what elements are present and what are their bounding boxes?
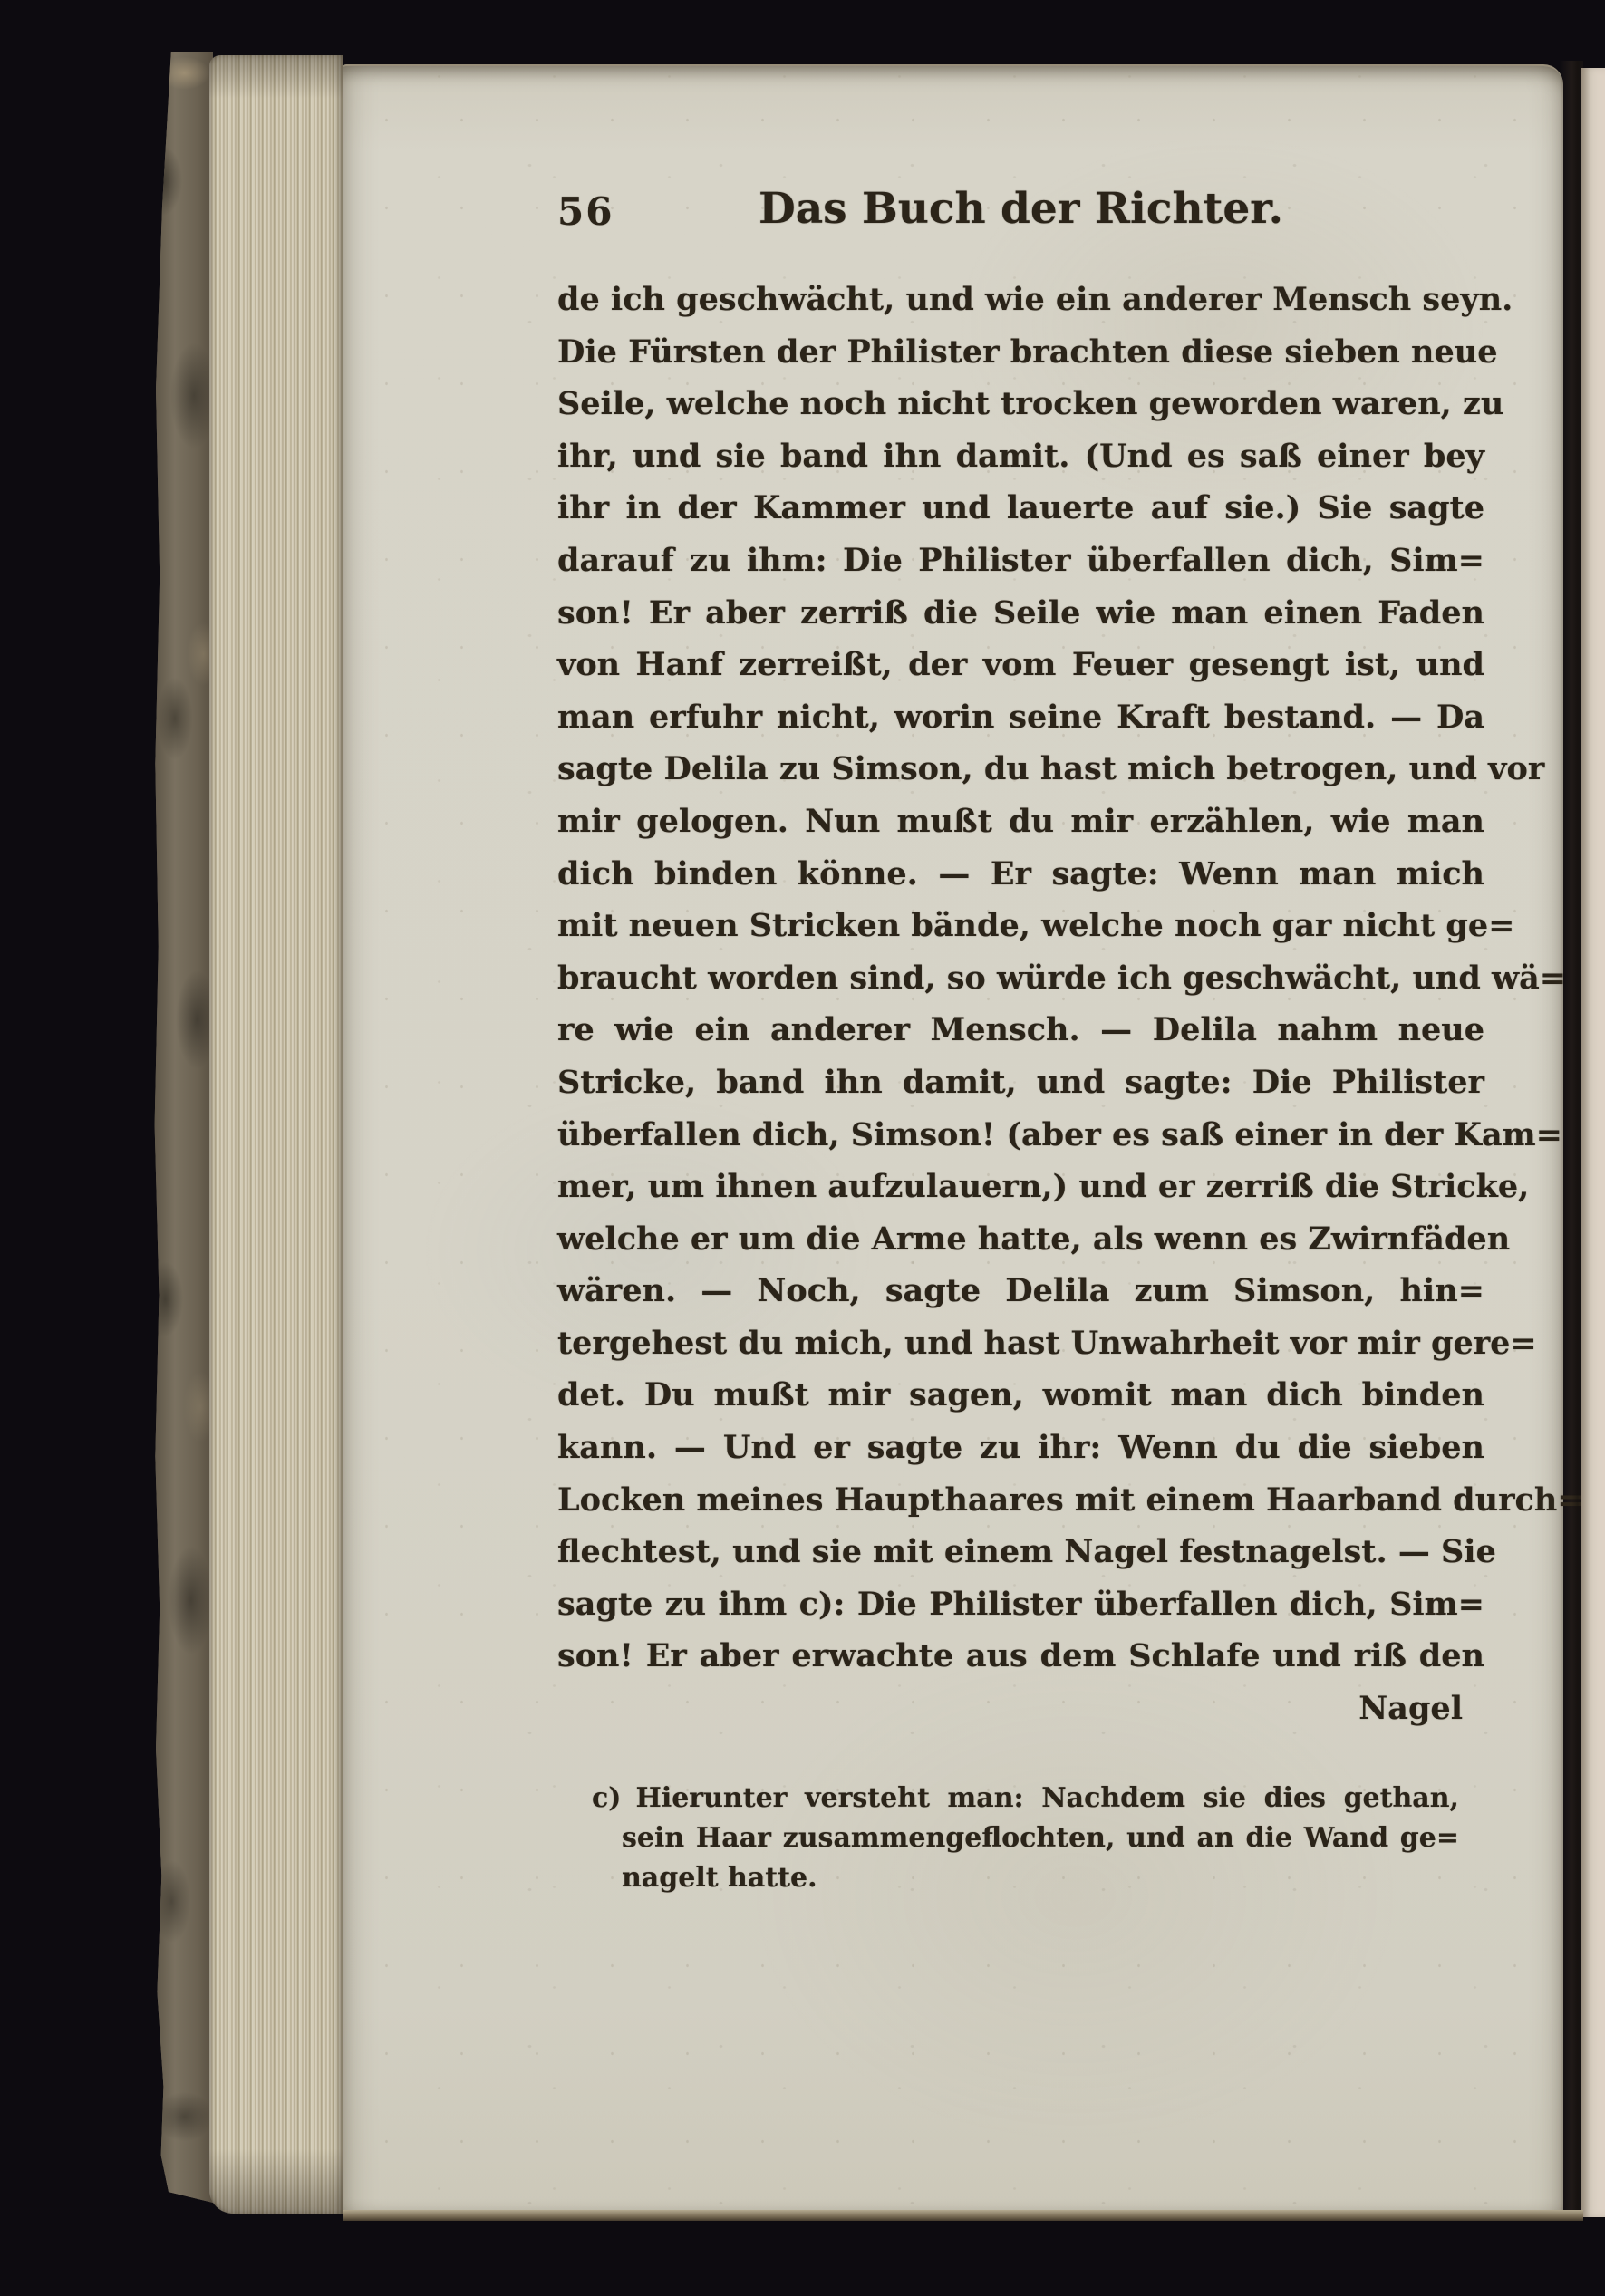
book: 56 Das Buch der Richter. de ich geschwäc… (150, 52, 1605, 2223)
footnote-line: sein Haar zusammengeflochten, und an die… (592, 1818, 1459, 1858)
body-line: man erfuhr nicht, worin seine Kraft best… (557, 691, 1484, 744)
adjacent-page-edge (1581, 68, 1605, 2217)
body-line: tergehest du mich, und hast Unwahrheit v… (557, 1317, 1484, 1370)
body-line: kann. — Und er sagte zu ihr: Wenn du die… (557, 1422, 1484, 1474)
footnote: c)Hierunter versteht man: Nachdem sie di… (592, 1779, 1459, 1898)
body-line: re wie ein anderer Mensch. — Delila nahm… (557, 1004, 1484, 1056)
body-line: mer, um ihnen aufzulauern,) und er zerri… (557, 1161, 1484, 1213)
body-line: ihr in der Kammer und lauerte auf sie.) … (557, 482, 1484, 535)
body-line: flechtest, und sie mit einem Nagel festn… (557, 1526, 1484, 1578)
catchword: Nagel (557, 1683, 1484, 1735)
footnote-line: c)Hierunter versteht man: Nachdem sie di… (592, 1779, 1459, 1818)
bottom-page-edges (343, 2210, 1583, 2221)
body-line: Locken meines Haupthaares mit einem Haar… (557, 1474, 1484, 1527)
body-line: Stricke, band ihn damit, und sagte: Die … (557, 1056, 1484, 1109)
body-line: sagte zu ihm c): Die Philister überfalle… (557, 1578, 1484, 1631)
page-edge-stack (209, 55, 343, 2214)
book-page: 56 Das Buch der Richter. de ich geschwäc… (343, 64, 1563, 2219)
body-line: de ich geschwächt, und wie ein anderer M… (557, 274, 1484, 326)
page-fold-shadow (1560, 61, 1583, 2217)
page-header: 56 Das Buch der Richter. (557, 184, 1484, 247)
body-line: welche er um die Arme hatte, als wenn es… (557, 1213, 1484, 1266)
body-line: ihr, und sie band ihn damit. (Und es saß… (557, 430, 1484, 483)
body-line: von Hanf zerreißt, der vom Feuer gesengt… (557, 639, 1484, 691)
body-line: sagte Delila zu Simson, du hast mich bet… (557, 743, 1484, 796)
body-line: det. Du mußt mir sagen, womit man dich b… (557, 1369, 1484, 1422)
footnote-marker: c) (592, 1782, 621, 1814)
body-text: de ich geschwächt, und wie ein anderer M… (557, 274, 1484, 1735)
body-line: son! Er aber erwachte aus dem Schlafe un… (557, 1630, 1484, 1683)
footnote-line: nagelt hatte. (592, 1858, 1459, 1898)
body-line: Seile, welche noch nicht trocken geworde… (557, 378, 1484, 430)
body-line: überfallen dich, Simson! (aber es saß ei… (557, 1109, 1484, 1162)
body-line: braucht worden sind, so würde ich geschw… (557, 952, 1484, 1005)
body-line: mit neuen Stricken bände, welche noch ga… (557, 900, 1484, 952)
body-line: wären. — Noch, sagte Delila zum Simson, … (557, 1265, 1484, 1317)
body-line: mir gelogen. Nun mußt du mir erzählen, w… (557, 796, 1484, 848)
scanned-book-photo: 56 Das Buch der Richter. de ich geschwäc… (0, 0, 1605, 2296)
marbled-spine-edge (150, 52, 213, 2203)
footnote-text: Hierunter versteht man: Nachdem sie dies… (635, 1782, 1459, 1814)
body-line: Die Fürsten der Philister brachten diese… (557, 326, 1484, 379)
body-line: son! Er aber zerriß die Seile wie man ei… (557, 587, 1484, 640)
body-line: dich binden könne. — Er sagte: Wenn man … (557, 848, 1484, 901)
running-title: Das Buch der Richter. (557, 184, 1484, 234)
body-line: darauf zu ihm: Die Philister überfallen … (557, 535, 1484, 587)
